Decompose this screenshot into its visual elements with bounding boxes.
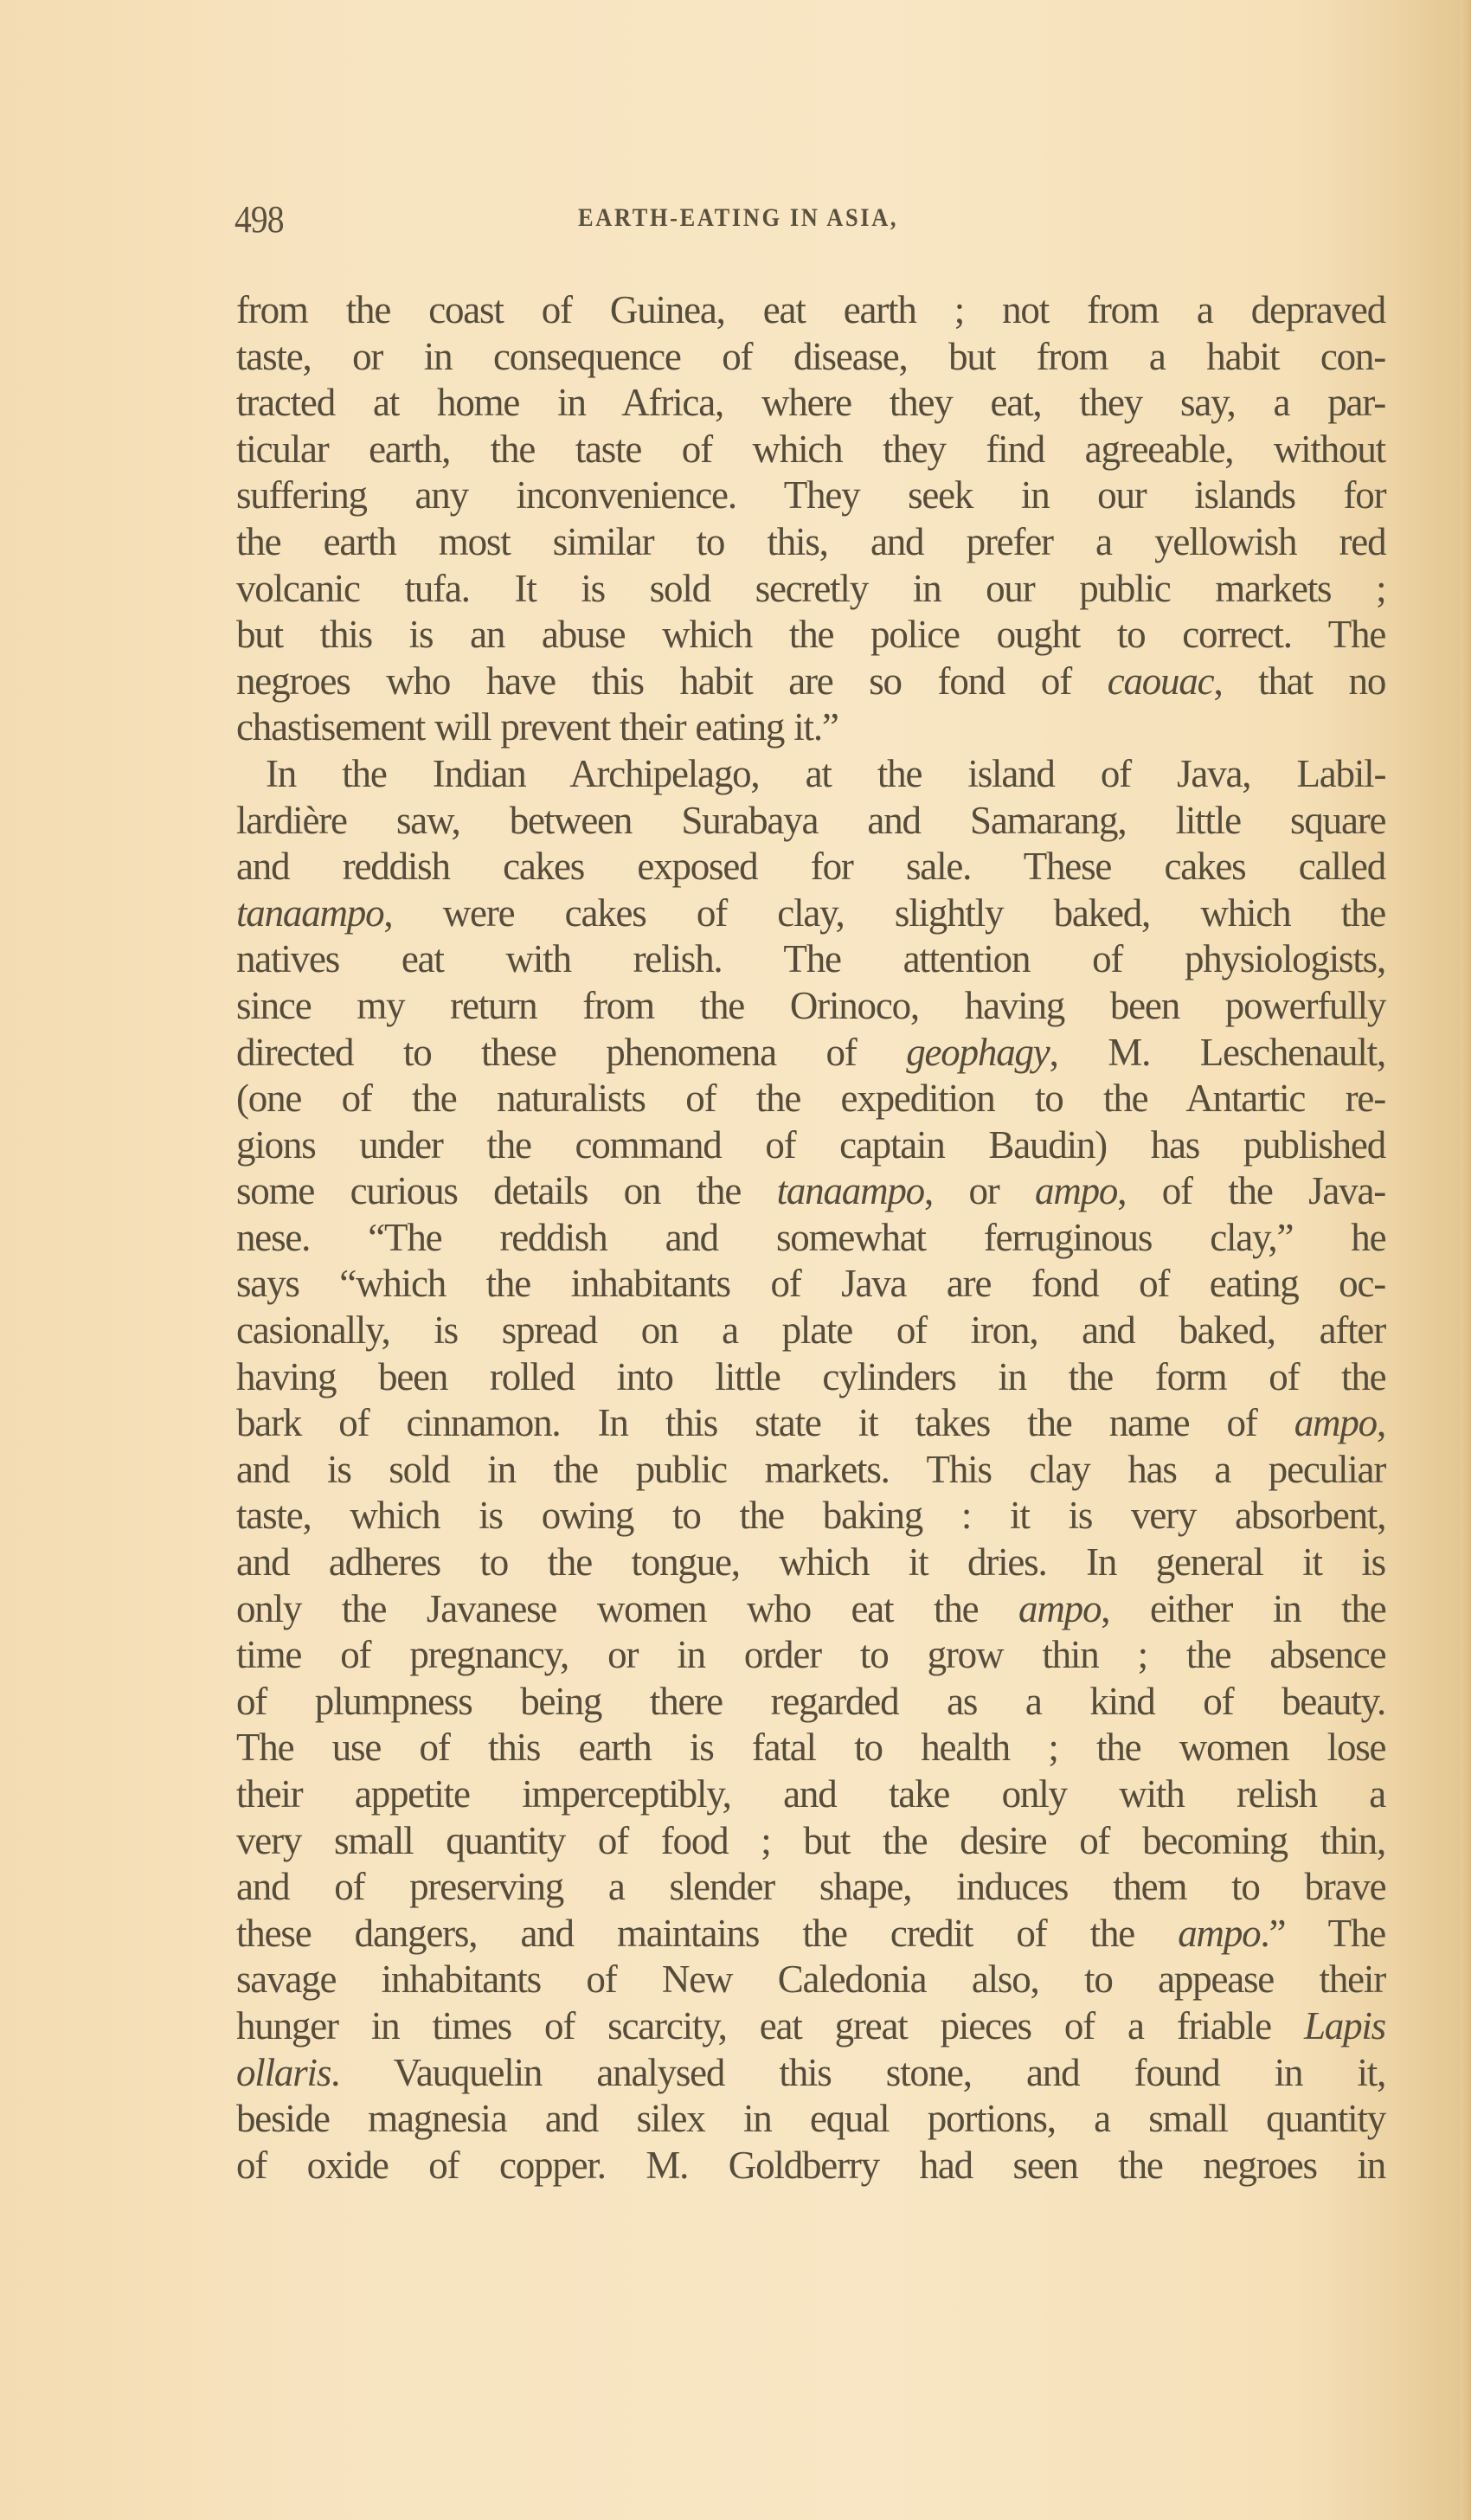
text-line: says “which the inhabitants of Java are … [236, 1261, 1385, 1308]
italic-term: ampo [1035, 1169, 1117, 1212]
running-head: EARTH-EATING IN ASIA, [578, 201, 989, 235]
text-line: natives eat with relish. The attention o… [236, 936, 1385, 983]
text-line: (one of the naturalists of the expeditio… [236, 1076, 1385, 1122]
italic-term: geophagy [906, 1031, 1049, 1074]
italic-term: tanaampo [236, 891, 383, 935]
text-line: these dangers, and maintains the credit … [236, 1911, 1385, 1957]
text-line: tanaampo, were cakes of clay, slightly b… [236, 890, 1385, 937]
text-line: the earth most similar to this, and pref… [236, 519, 1385, 566]
text-line: and is sold in the public markets. This … [236, 1447, 1385, 1494]
text-line: volcanic tufa. It is sold secretly in ou… [236, 566, 1385, 613]
italic-term: Lapis [1304, 2004, 1385, 2047]
italic-term: ampo [1294, 1401, 1377, 1444]
text-line: having been rolled into little cylinders… [236, 1354, 1385, 1401]
text-line: some curious details on the tanaampo, or… [236, 1168, 1385, 1215]
text-line: lardière saw, between Surabaya and Samar… [236, 798, 1385, 845]
page-number: 498 [234, 196, 284, 244]
text-line: beside magnesia and silex in equal porti… [236, 2096, 1385, 2143]
text-line: directed to these phenomena of geophagy,… [236, 1030, 1385, 1077]
text-line: and reddish cakes exposed for sale. Thes… [236, 844, 1385, 890]
text-line: taste, or in consequence of disease, but… [236, 334, 1385, 381]
text-line: tracted at home in Africa, where they ea… [236, 380, 1385, 427]
body-text: from the coast of Guinea, eat earth ; no… [236, 287, 1385, 2189]
italic-term: ollaris [236, 2051, 331, 2094]
text-line: from the coast of Guinea, eat earth ; no… [236, 287, 1385, 334]
text-line: very small quantity of food ; but the de… [236, 1818, 1385, 1865]
text-line: The use of this earth is fatal to health… [236, 1725, 1385, 1771]
book-page: 498 EARTH-EATING IN ASIA, from the coast… [0, 0, 1471, 2520]
text-line: time of pregnancy, or in order to grow t… [236, 1632, 1385, 1679]
text-line: ticular earth, the taste of which they f… [236, 427, 1385, 473]
text-line: since my return from the Orinoco, having… [236, 983, 1385, 1030]
text-line: taste, which is owing to the baking : it… [236, 1493, 1385, 1540]
text-line: their appetite imperceptibly, and take o… [236, 1771, 1385, 1818]
italic-term: caouac [1108, 659, 1214, 703]
text-line: but this is an abuse which the police ou… [236, 612, 1385, 659]
text-line: and adheres to the tongue, which it drie… [236, 1540, 1385, 1586]
text-line: only the Javanese women who eat the ampo… [236, 1586, 1385, 1633]
text-line: of oxide of copper. M. Goldberry had see… [236, 2143, 1385, 2189]
italic-term: tanaampo [777, 1169, 924, 1212]
text-line: and of preserving a slender shape, induc… [236, 1864, 1385, 1911]
text-line: negroes who have this habit are so fond … [236, 659, 1385, 705]
text-line: gions under the command of captain Baudi… [236, 1122, 1385, 1169]
text-line: ollaris. Vauquelin analysed this stone, … [236, 2050, 1385, 2097]
text-line: suffering any inconvenience. They seek i… [236, 472, 1385, 519]
text-line-paragraph-start: In the Indian Archipelago, at the island… [236, 751, 1385, 798]
text-line: savage inhabitants of New Caledonia also… [236, 1957, 1385, 2003]
text-line: casionally, is spread on a plate of iron… [236, 1308, 1385, 1354]
text-line: bark of cinnamon. In this state it takes… [236, 1400, 1385, 1447]
text-line: of plumpness being there regarded as a k… [236, 1679, 1385, 1726]
italic-term: ampo [1018, 1587, 1101, 1630]
text-line-paragraph-end: chastisement will prevent their eating i… [236, 704, 1385, 751]
text-line: nese. “The reddish and somewhat ferrugin… [236, 1215, 1385, 1262]
page-edge-shadow [1461, 0, 1471, 2520]
text-line: hunger in times of scarcity, eat great p… [236, 2003, 1385, 2050]
italic-term: ampo [1178, 1912, 1260, 1955]
